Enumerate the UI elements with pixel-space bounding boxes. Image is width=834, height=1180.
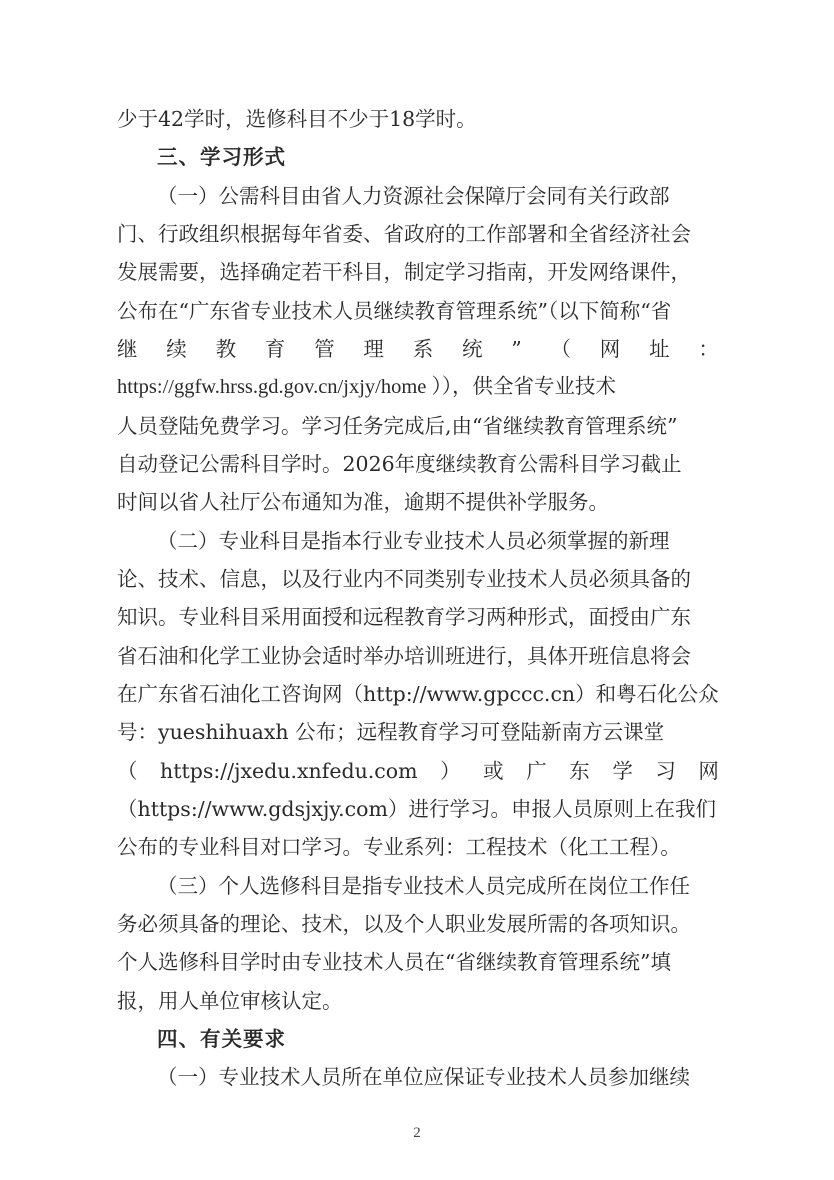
body-line: 发展需要，选择确定若干科目，制定学习指南，开发网络课件， bbox=[117, 257, 719, 287]
body-line: 少于42学时，选修科目不少于18学时。 bbox=[117, 104, 719, 134]
text-fragment: ” bbox=[511, 334, 521, 364]
text-fragment: 址 bbox=[649, 334, 670, 364]
text-fragment: 育 bbox=[265, 334, 286, 364]
text-fragment: 管 bbox=[314, 334, 335, 364]
body-line: 省石油和化学工业协会适时举办培训班进行，具体开班信息将会 bbox=[117, 641, 719, 671]
body-line: 自动登记公需科目学时。2026年度继续教育公需科目学习截止 bbox=[117, 449, 719, 479]
text-fragment: 网 bbox=[698, 756, 719, 786]
body-line-url: https://ggfw.hrss.gd.gov.cn/jxjy/home ））… bbox=[117, 372, 719, 402]
document-page: 少于42学时，选修科目不少于18学时。 三、学习形式 （一）公需科目由省人力资源… bbox=[0, 0, 834, 1180]
body-line: 务必须具备的理论、技术，以及个人职业发展所需的各项知识。 bbox=[117, 909, 719, 939]
text-fragment: https://jxedu.xnfedu.com bbox=[160, 756, 418, 786]
section-heading-learning-format: 三、学习形式 bbox=[157, 142, 719, 172]
text-fragment: 学 bbox=[612, 756, 633, 786]
body-line: 在广东省石油化工咨询网（http://www.gpccc.cn）和粤石化公众 bbox=[117, 679, 719, 709]
text-fragment: 或 bbox=[483, 756, 504, 786]
body-line: 人员登陆免费学习。学习任务完成后,由“省继续教育管理系统” bbox=[117, 411, 719, 441]
text-fragment: 续 bbox=[166, 334, 187, 364]
body-line-spread: （ https://jxedu.xnfedu.com ） 或 广 东 学 习 网 bbox=[117, 756, 719, 786]
text-fragment: （ bbox=[551, 334, 572, 364]
text-fragment: 网 bbox=[600, 334, 621, 364]
paragraph-elective-subjects: （三）个人选修科目是指专业技术人员完成所在岗位工作任 bbox=[157, 871, 719, 901]
section-heading-requirements: 四、有关要求 bbox=[157, 1024, 719, 1054]
text-fragment: 教 bbox=[216, 334, 237, 364]
page-number: 2 bbox=[0, 1125, 834, 1142]
body-line: 号：yueshihuaxh 公布；远程教育学习可登陆新南方云课堂 bbox=[117, 717, 719, 747]
text-fragment: 习 bbox=[655, 756, 676, 786]
text-fragment: 理 bbox=[363, 334, 384, 364]
body-line: 个人选修科目学时由专业技术人员在“省继续教育管理系统”填 bbox=[117, 947, 719, 977]
text-fragment: 东 bbox=[569, 756, 590, 786]
body-line: 知识。专业科目采用面授和远程教育学习两种形式，面授由广东 bbox=[117, 602, 719, 632]
paragraph-requirements-1: （一）专业技术人员所在单位应保证专业技术人员参加继续 bbox=[157, 1062, 719, 1092]
body-line-spread: 继 续 教 育 管 理 系 统 ” （ 网 址 ： bbox=[117, 334, 719, 364]
text-fragment: ： bbox=[698, 334, 719, 364]
body-line: 论、技术、信息，以及行业内不同类别专业技术人员必须具备的 bbox=[117, 564, 719, 594]
text-fragment: 系 bbox=[413, 334, 434, 364]
text-fragment: 继 bbox=[117, 334, 138, 364]
body-line: 门、行政组织根据每年省委、省政府的工作部署和全省经济社会 bbox=[117, 219, 719, 249]
body-line: 公布的专业科目对口学习。专业系列：工程技术（化工工程）。 bbox=[117, 832, 719, 862]
text-fragment: 广 bbox=[526, 756, 547, 786]
paragraph-professional-subjects: （二）专业科目是指本行业专业技术人员必须掌握的新理 bbox=[157, 526, 719, 556]
text-fragment: 统 bbox=[462, 334, 483, 364]
body-line: （https://www.gdsjxjy.com）进行学习。申报人员原则上在我们 bbox=[117, 794, 719, 824]
body-line: 报，用人单位审核认定。 bbox=[117, 986, 719, 1016]
body-line: 时间以省人社厅公布通知为准，逾期不提供补学服务。 bbox=[117, 487, 719, 517]
paragraph-public-subjects: （一）公需科目由省人力资源社会保障厅会同有关行政部 bbox=[157, 181, 719, 211]
body-line: 公布在“广东省专业技术人员继续教育管理系统”（以下简称“省 bbox=[117, 296, 719, 326]
text-fragment: （ bbox=[117, 756, 138, 786]
text-fragment: ） bbox=[440, 756, 461, 786]
